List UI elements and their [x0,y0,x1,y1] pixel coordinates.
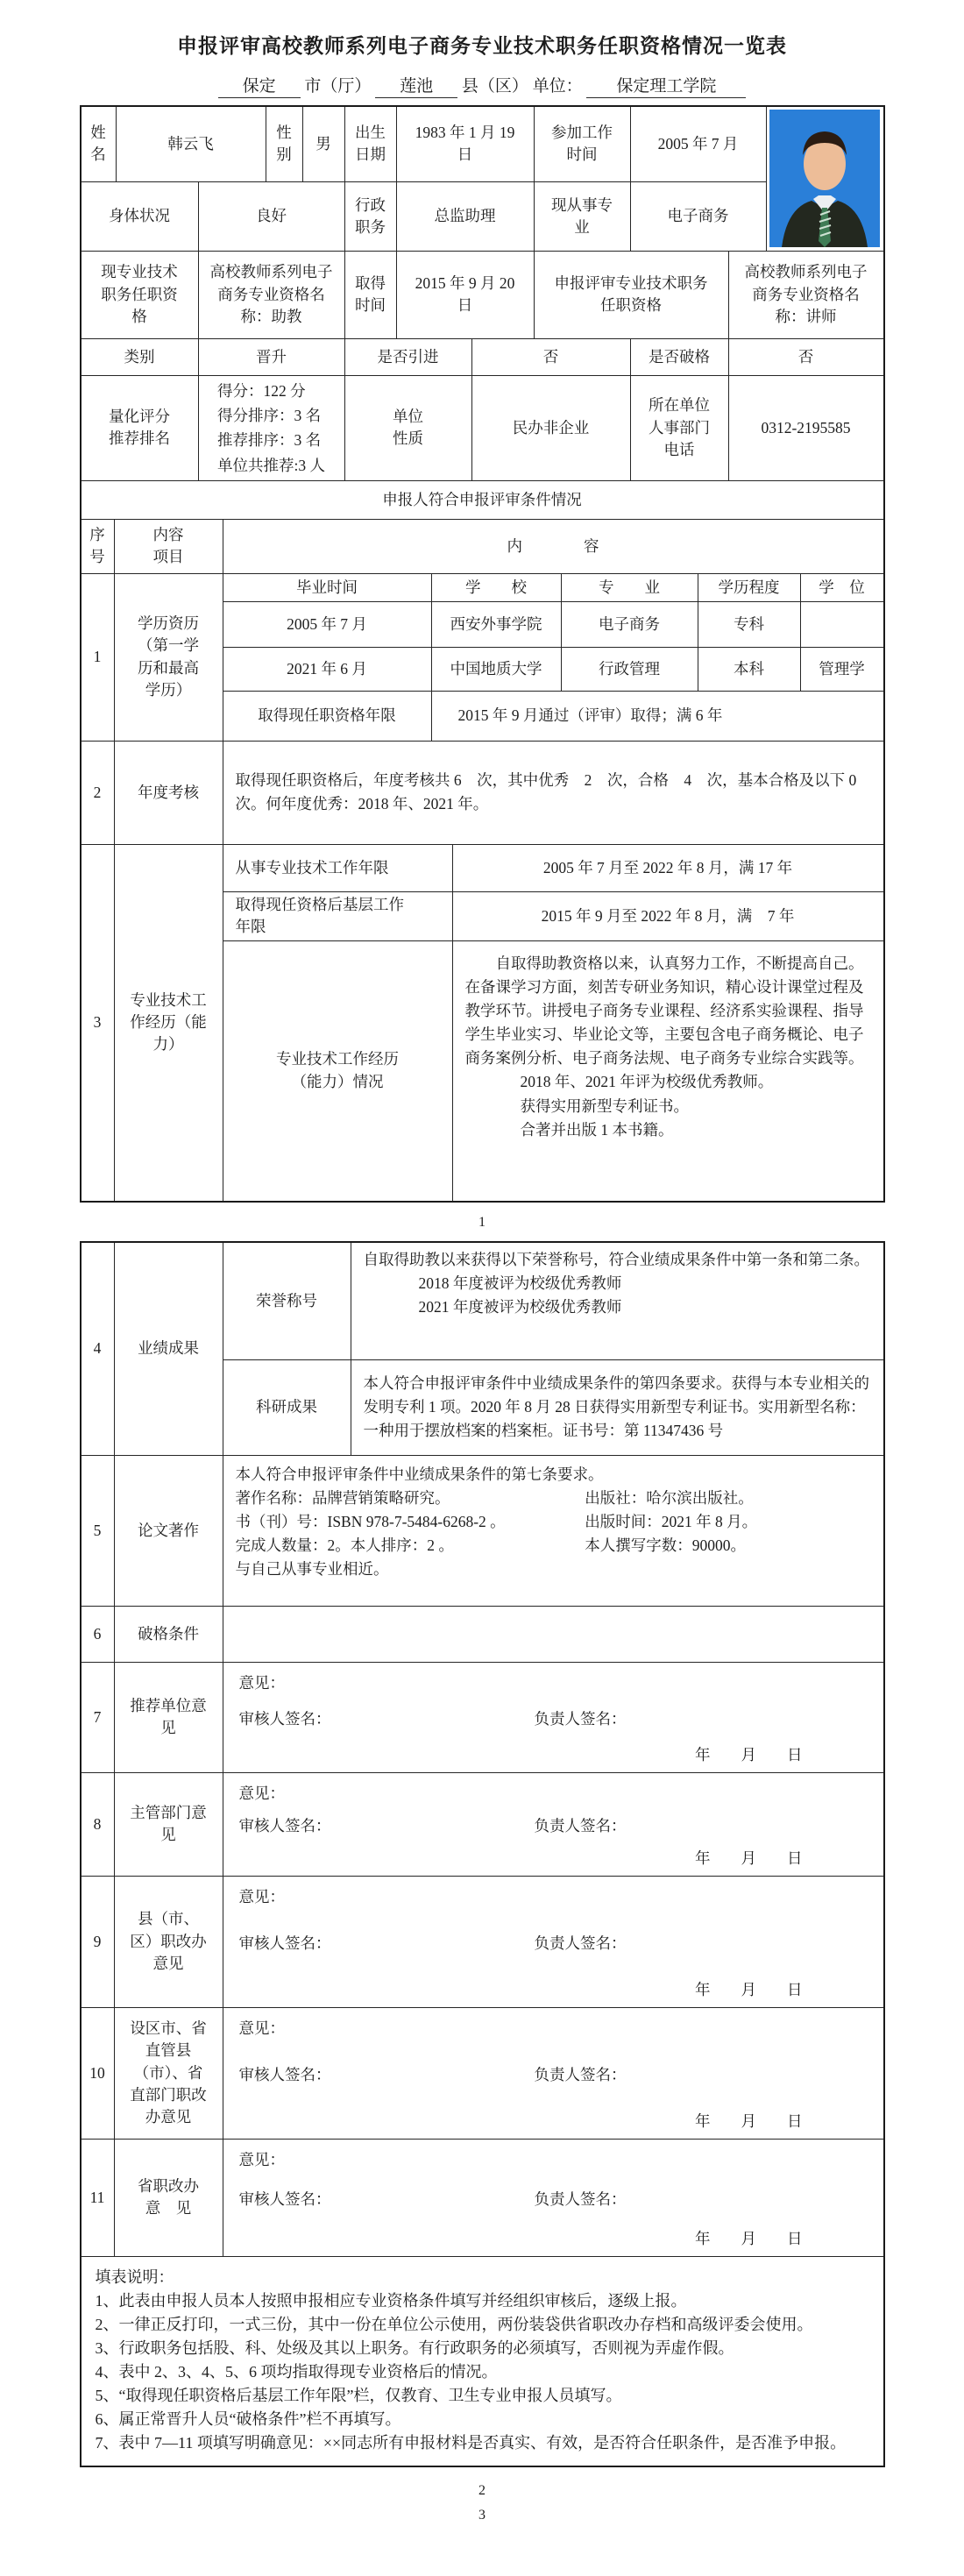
row-achievements: 4 业绩成果 荣誉称号 自取得助教以来获得以下荣誉称号，符合业绩成果条件中第一条… [82,1243,883,1456]
thesis-relevance: 与自己从事专业相近。 [236,1558,871,1581]
birth-value: 1983 年 1 月 19 日 [397,107,535,181]
reviewer-signature-label: 审核人签名： [239,1932,535,1954]
location-line: 保定 市（厅） 莲池 县（区） 单位： 保定理工学院 [0,73,964,98]
notes-line: 1、此表由申报人员本人按照申报相应专业资格条件填写并经组织审核后，逐级上报。 [96,2289,869,2313]
thesis-authors: 完成人数量：2。本人排序：2 。 [236,1534,585,1558]
opinion-label: 意见： [239,1782,868,1804]
gender-value: 男 [303,107,345,181]
row-category: 类别 晋升 是否引进 否 是否破格 否 [82,339,883,376]
page-number-3: 3 [0,2508,964,2523]
base-years-label: 取得现任资格后基层工作年限 [223,892,453,940]
opinion-label: 意见： [239,2148,868,2170]
reviewer-signature-label: 审核人签名： [239,2063,535,2085]
edu2-degree: 管理学 [801,648,883,691]
tenure-label: 取得现任职资格年限 [223,692,432,741]
portrait-photo-graphic [769,110,880,247]
honor-line: 2021 年度被评为校级优秀教师 [364,1295,870,1319]
notes-line: 3、行政职务包括股、科、处级及其以上职务。有行政职务的必须填写，否则视为弄虚作假… [96,2337,869,2360]
research-label: 科研成果 [223,1360,351,1455]
leader-signature-label: 负责人签名： [534,2188,626,2210]
row4-label: 业绩成果 [115,1243,223,1455]
row2-content: 取得现任职资格后，年度考核共 6 次，其中优秀 2 次，合格 4 次，基本合格及… [223,742,883,844]
thesis-book-title: 著作名称：品牌营销策略研究。 [236,1487,585,1510]
notes-line: 2、一律正反打印，一式三份，其中一份在单位公示使用，两份装袋供省职改办存档和高级… [96,2313,869,2337]
notes-line: 6、属正常晋升人员“破格条件”栏不再填写。 [96,2408,869,2431]
row11-signature-area: 意见： 审核人签名：负责人签名： 年 月 日 [223,2140,883,2256]
row7-signature-area: 意见： 审核人签名：负责人签名： 年 月 日 [223,1663,883,1772]
research-content: 本人符合申报评审条件中业绩成果条件的第四条要求。获得与本专业相关的发明专利 1 … [351,1360,883,1455]
current-title-label-cell: 现专业技术职务任职资格 [82,252,199,338]
score-line: 得分：122 分 [217,379,325,403]
row-opinion-8: 8 主管部门意见 意见： 审核人签名：负责人签名： 年 月 日 [82,1773,883,1877]
row8-seq: 8 [82,1773,115,1876]
honor-line: 2018 年度被评为校级优秀教师 [364,1272,870,1295]
row-education: 1 学历资历（第一学历和最高学历） 毕业时间 学 校 专 业 学历程度 学 位 … [82,574,883,742]
row9-label: 县（市、区）职改办意见 [115,1877,223,2007]
row1-label: 学历资历（第一学历和最高学历） [115,574,223,741]
date-line: 年 月 日 [239,1847,868,1869]
exception-label: 是否破格 [631,339,729,375]
exp-patent-line: 获得实用新型专利证书。 [465,1095,871,1118]
import-value: 否 [472,339,631,375]
edu2-major: 行政管理 [562,648,698,691]
page-title: 申报评审高校教师系列电子商务专业技术职务任职资格情况一览表 [0,30,964,59]
work-years-value: 2005 年 7 月至 2022 年 8 月，满 17 年 [453,845,883,891]
opinion-label: 意见： [239,1671,868,1693]
row-exception: 6 破格条件 [82,1607,883,1663]
apply-value: 高校教师系列电子商务专业资格名称：讲师 [729,252,883,338]
score-line: 单位共推荐:3 人 [217,453,325,478]
notes-line: 5、“取得现任职资格后基层工作年限”栏，仅教育、卫生专业申报人员填写。 [96,2384,869,2408]
unit-type-value: 民办非企业 [472,376,631,480]
edu-h-degree: 学 位 [801,574,883,601]
row9-signature-area: 意见： 审核人签名：负责人签名： 年 月 日 [223,1877,883,2007]
row-opinion-7: 7 推荐单位意见 意见： 审核人签名：负责人签名： 年 月 日 [82,1663,883,1773]
obtain-label: 取得时间 [352,273,387,317]
thesis-summary: 本人符合申报评审条件中业绩成果条件的第七条要求。 [236,1463,871,1487]
row-section-header: 申报人符合申报评审条件情况 [82,481,883,520]
edu-h-level: 学历程度 [698,574,801,601]
county-value: 莲池 [375,76,457,98]
date-line: 年 月 日 [239,2227,868,2249]
honor-content: 自取得助教以来获得以下荣誉称号，符合业绩成果条件中第一条和第二条。 2018 年… [351,1243,883,1359]
exp-label: 专业技术工作经历（能力）情况 [268,1048,407,1093]
row-opinion-11: 11 省职改办意 见 意见： 审核人签名：负责人签名： 年 月 日 [82,2140,883,2257]
opinion-label: 意见： [239,1885,868,1907]
name-label-cell: 姓名 [82,107,117,181]
row1-seq: 1 [82,574,115,741]
unit-type-label: 单位性质 [390,406,425,451]
score-line: 推荐排序：3 名 [217,428,325,452]
profession-label-cell: 现从事专业 [535,182,631,251]
row7-seq: 7 [82,1663,115,1772]
import-label: 是否引进 [345,339,472,375]
name-label: 姓名 [89,122,109,167]
row11-label: 省职改办意 见 [115,2140,223,2256]
phone-label-cell: 所在单位人事部门电话 [631,376,729,480]
seq-header-cell: 序号 [82,520,115,573]
exp-paragraph: 自取得助教资格以来，认真努力工作，不断提高自己。在备课学习方面，刻苦专研业务知识… [465,952,871,1071]
category-value: 晋升 [199,339,345,375]
row-score: 量化评分推荐排名 得分：122 分 得分排序：3 名 推荐排序：3 名 单位共推… [82,376,883,481]
notes-title: 填表说明： [96,2266,869,2289]
unit-value: 保定理工学院 [586,76,746,98]
item-header: 内容项目 [151,524,186,569]
score-label: 量化评分推荐排名 [106,406,174,451]
row-title-qualification: 现专业技术职务任职资格 高校教师系列电子商务专业资格名称：助教 取得时间 201… [82,252,883,339]
row6-seq: 6 [82,1607,115,1662]
thesis-wordcount: 本人撰写字数：90000。 [585,1534,746,1558]
score-values: 得分：122 分 得分排序：3 名 推荐排序：3 名 单位共推荐:3 人 [199,376,345,480]
name-value: 韩云飞 [117,107,266,181]
edu2-school: 中国地质大学 [432,648,562,691]
exp-label-cell: 专业技术工作经历（能力）情况 [223,941,453,1201]
row4-seq: 4 [82,1243,115,1455]
row9-seq: 9 [82,1877,115,2007]
honor-label: 荣誉称号 [223,1243,351,1359]
row-thesis: 5 论文著作 本人符合申报评审条件中业绩成果条件的第七条要求。 著作名称：品牌营… [82,1456,883,1607]
gender-label-cell: 性别 [266,107,303,181]
score-label-cell: 量化评分推荐排名 [82,376,199,480]
obtain-label-cell: 取得时间 [345,252,397,338]
row5-seq: 5 [82,1456,115,1606]
unit-type-label-cell: 单位性质 [345,376,472,480]
row-experience: 3 专业技术工作经历（能力） 从事专业技术工作年限 2005 年 7 月至 20… [82,845,883,1201]
id-photo [766,107,883,251]
row10-seq: 10 [82,2008,115,2139]
row3-label: 专业技术工作经历（能力） [115,845,223,1201]
row2-label: 年度考核 [115,742,223,844]
score-line: 得分排序：3 名 [217,403,325,428]
workstart-value: 2005 年 7 月 [631,107,766,181]
exp-award-line: 2018 年、2021 年评为校级优秀教师。 [465,1070,871,1094]
health-label: 身体状况 [82,182,199,251]
row6-content [223,1607,883,1662]
exp-book-line: 合著并出版 1 本书籍。 [465,1118,871,1142]
admin-label-cell: 行政职务 [345,182,397,251]
document-page: 申报评审高校教师系列电子商务专业技术职务任职资格情况一览表 保定 市（厅） 莲池… [0,30,964,2523]
category-label: 类别 [82,339,199,375]
apply-label: 申报评审专业技术职务任职资格 [535,252,729,338]
annual-review-text: 取得现任职资格后，年度考核共 6 次，其中优秀 2 次，合格 4 次，基本合格及… [223,762,883,823]
exception-value: 否 [729,339,883,375]
research-text: 本人符合申报评审条件中业绩成果条件的第四条要求。获得与本专业相关的发明专利 1 … [351,1365,883,1450]
row3-seq: 3 [82,845,115,1201]
row10-signature-area: 意见： 审核人签名：负责人签名： 年 月 日 [223,2008,883,2139]
leader-signature-label: 负责人签名： [534,2063,626,2085]
base-years-value: 2015 年 9 月至 2022 年 8 月，满 7 年 [453,892,883,940]
workstart-label: 参加工作时间 [549,122,616,167]
opinion-label: 意见： [239,2017,868,2039]
row7-label: 推荐单位意见 [115,1663,223,1772]
edu-h-major: 专 业 [562,574,698,601]
form-table-page1: 姓名 韩云飞 性别 男 出生日期 1983 年 1 月 19 日 参加工作时间 … [80,105,885,1203]
birth-label: 出生日期 [352,122,387,167]
edu-h-school: 学 校 [432,574,562,601]
phone-value: 0312-2195585 [729,376,883,480]
thesis-isbn: 书（刊）号：ISBN 978-7-5484-6268-2 。 [236,1510,585,1534]
page-number-2: 2 [0,2483,964,2499]
row-grid-header: 序号 内容项目 内 容 [82,520,883,574]
row-opinion-9: 9 县（市、区）职改办意见 意见： 审核人签名：负责人签名： 年 月 日 [82,1877,883,2008]
work-years-label: 从事专业技术工作年限 [223,845,453,891]
unit-label: 单位： [533,77,583,96]
row-annual-review: 2 年度考核 取得现任职资格后，年度考核共 6 次，其中优秀 2 次，合格 4 … [82,742,883,845]
admin-value: 总监助理 [397,182,535,251]
edu1-school: 西安外事学院 [432,602,562,647]
item-header-cell: 内容项目 [115,520,223,573]
phone-label: 所在单位人事部门电话 [646,394,713,461]
form-notes: 填表说明： 1、此表由申报人员本人按照申报相应专业资格条件填写并经组织审核后，逐… [82,2257,883,2466]
row8-signature-area: 意见： 审核人签名：负责人签名： 年 月 日 [223,1773,883,1876]
date-line: 年 月 日 [239,2110,868,2132]
city-suffix: 市（厅） [304,77,371,96]
workstart-label-cell: 参加工作时间 [535,107,631,181]
county-suffix: 县（区） [462,77,528,96]
row6-label: 破格条件 [115,1607,223,1662]
date-line: 年 月 日 [239,1978,868,2000]
health-value: 良好 [199,182,345,251]
profession-value: 电子商务 [631,182,766,251]
thesis-pubdate: 出版时间：2021 年 8 月。 [585,1510,757,1534]
honor-summary: 自取得助教以来获得以下荣誉称号，符合业绩成果条件中第一条和第二条。 [364,1248,870,1272]
notes-line: 7、表中 7—11 项填写明确意见：××同志所有申报材料是否真实、有效，是否符合… [96,2431,869,2455]
notes-line: 4、表中 2、3、4、5、6 项均指取得现专业资格后的情况。 [96,2360,869,2384]
admin-label: 行政职务 [352,195,387,239]
date-line: 年 月 日 [239,1743,868,1765]
leader-signature-label: 负责人签名： [534,1932,626,1954]
seq-header: 序号 [88,524,108,569]
current-title-value: 高校教师系列电子商务专业资格名称：助教 [199,252,345,338]
row5-label: 论文著作 [115,1456,223,1606]
edu1-time: 2005 年 7 月 [223,602,432,647]
row-identity: 姓名 韩云飞 性别 男 出生日期 1983 年 1 月 19 日 参加工作时间 … [82,107,883,252]
obtain-value: 2015 年 9 月 20 日 [397,252,535,338]
edu1-degree [801,602,883,647]
reviewer-signature-label: 审核人签名： [239,1707,535,1729]
leader-signature-label: 负责人签名： [534,1814,626,1836]
row8-label: 主管部门意见 [115,1773,223,1876]
gender-label: 性别 [274,122,294,167]
thesis-content: 本人符合申报评审条件中业绩成果条件的第七条要求。 著作名称：品牌营销策略研究。出… [223,1456,883,1606]
current-title-label: 现专业技术职务任职资格 [98,261,181,328]
row2-seq: 2 [82,742,115,844]
city-value: 保定 [218,76,301,98]
birth-label-cell: 出生日期 [345,107,397,181]
edu1-major: 电子商务 [562,602,698,647]
exp-content: 自取得助教资格以来，认真努力工作，不断提高自己。在备课学习方面，刻苦专研业务知识… [453,941,883,1201]
page-number-1: 1 [0,1215,964,1231]
content-header: 内 容 [223,520,883,573]
reviewer-signature-label: 审核人签名： [239,1814,535,1836]
edu2-level: 本科 [698,648,801,691]
edu-h-time: 毕业时间 [223,574,432,601]
tenure-value: 2015 年 9 月通过（评审）取得；满 6 年 [432,692,883,741]
row-opinion-10: 10 设区市、省直管县（市）、省直部门职改办意见 意见： 审核人签名：负责人签名… [82,2008,883,2140]
row11-seq: 11 [82,2140,115,2256]
form-table-page2: 4 业绩成果 荣誉称号 自取得助教以来获得以下荣誉称号，符合业绩成果条件中第一条… [80,1241,885,2467]
leader-signature-label: 负责人签名： [534,1707,626,1729]
edu2-time: 2021 年 6 月 [223,648,432,691]
profession-label: 现从事专业 [549,195,616,239]
reviewer-signature-label: 审核人签名： [239,2188,535,2210]
row10-label: 设区市、省直管县（市）、省直部门职改办意见 [115,2008,223,2139]
edu1-level: 专科 [698,602,801,647]
thesis-publisher: 出版社：哈尔滨出版社。 [585,1487,754,1510]
section-header: 申报人符合申报评审条件情况 [82,481,883,519]
